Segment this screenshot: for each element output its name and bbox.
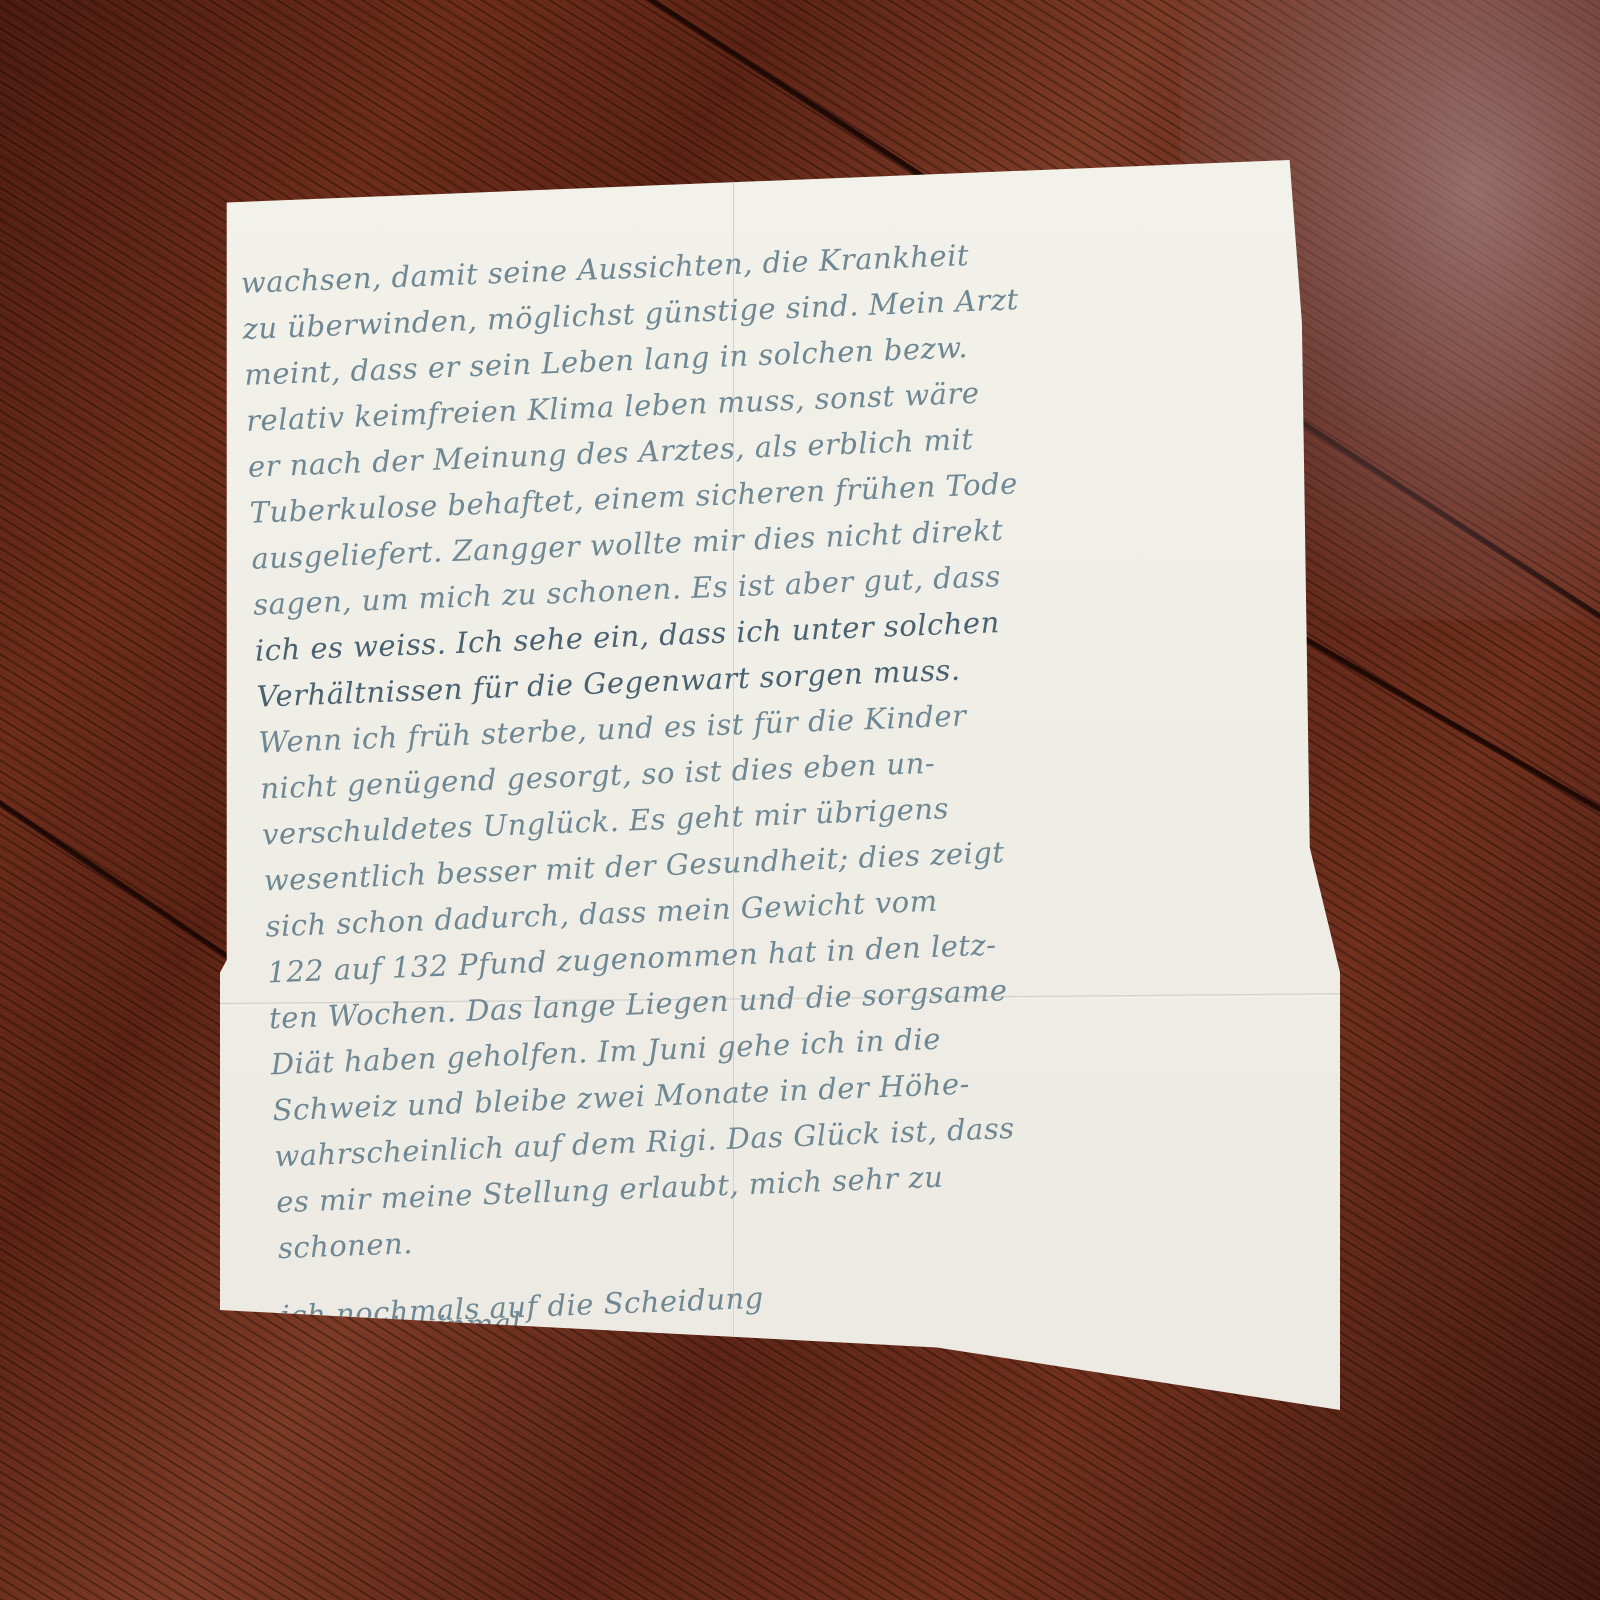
letter-text: wachsen, damit seine Aussichten, die Kra…	[240, 219, 1361, 1356]
handwritten-letter: wachsen, damit seine Aussichten, die Kra…	[220, 160, 1340, 1410]
